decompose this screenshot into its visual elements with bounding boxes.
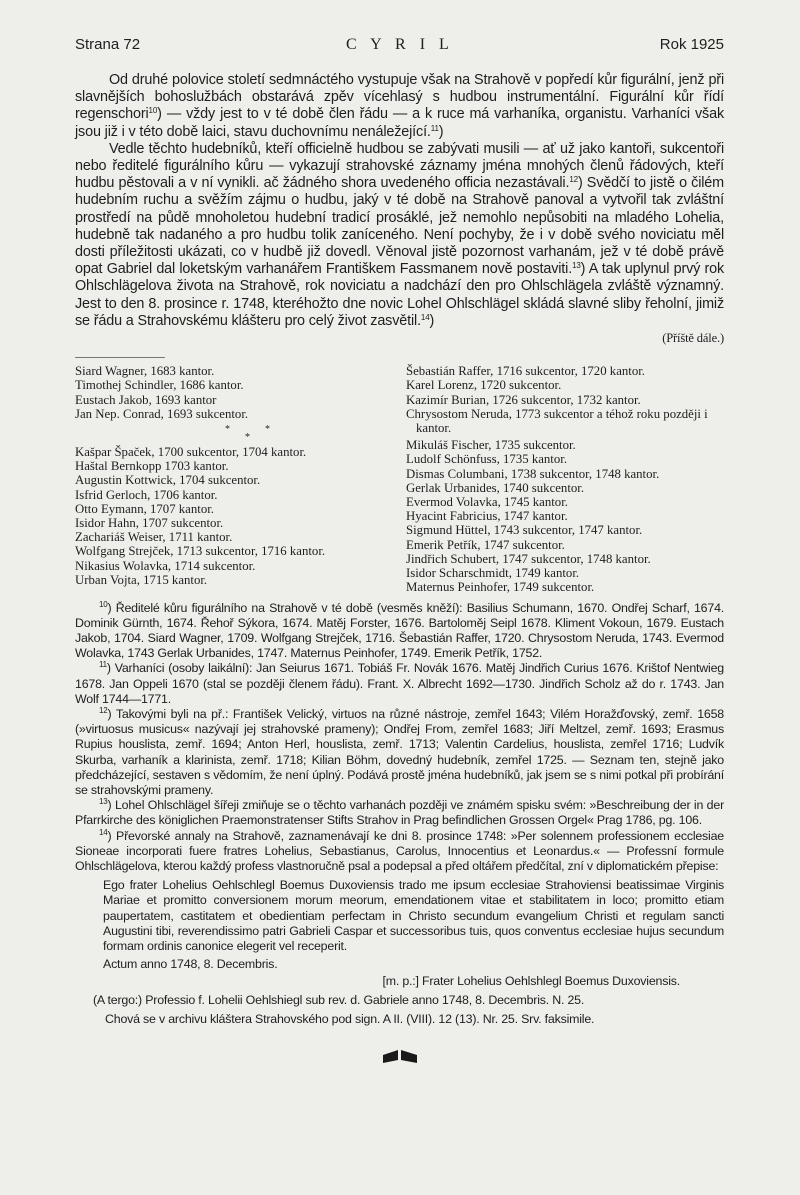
musician-lists: Siard Wagner, 1683 kantor.Timothej Schin… (75, 364, 724, 594)
list-item: Eustach Jakob, 1693 kantor (75, 393, 405, 407)
page-number: Strana 72 (75, 36, 140, 53)
list-item: Dismas Columbani, 1738 sukcentor, 1748 k… (406, 467, 724, 481)
page: Strana 72 C Y R I L Rok 1925 Od druhé po… (75, 36, 724, 1063)
list-item: Siard Wagner, 1683 kantor. (75, 364, 405, 378)
list-item: Wolfgang Strejček, 1713 sukcentor, 1716 … (75, 544, 405, 558)
footnotes: 10) Ředitelé kůru figurálního na Strahov… (75, 601, 724, 875)
article-body: Od druhé polovice století sedmnáctého vy… (75, 72, 724, 347)
footnote-ref[interactable]: 14 (421, 313, 430, 322)
list-item: Otto Eymann, 1707 kantor. (75, 502, 405, 516)
footnote: 13) Lohel Ohlschlägel šířeji zmiňuje se … (75, 798, 724, 828)
list-left: Siard Wagner, 1683 kantor.Timothej Schin… (75, 364, 405, 594)
footnote: 12) Takovými byli na př.: František Veli… (75, 707, 724, 798)
footnote: 11) Varhaníci (osoby laikální): Jan Seiu… (75, 661, 724, 707)
list-item: Isidor Scharschmidt, 1749 kantor. (406, 566, 724, 580)
footnote: 10) Ředitelé kůru figurálního na Strahov… (75, 601, 724, 662)
footnote: 14) Převorské annaly na Strahově, zaznam… (75, 829, 724, 875)
list-item: Isfrid Gerloch, 1706 kantor. (75, 488, 405, 502)
divider (75, 357, 165, 358)
list-right: Šebastián Raffer, 1716 sukcentor, 1720 k… (406, 364, 724, 594)
latin-text: Ego frater Lohelius Oehlschlegl Boemus D… (75, 878, 724, 954)
footnote-number: 11 (99, 660, 107, 669)
list-item: Haštal Bernkopp 1703 kantor. (75, 459, 405, 473)
list-item: Augustin Kottwick, 1704 sukcentor. (75, 473, 405, 487)
journal-title: C Y R I L (346, 36, 454, 54)
list-item: Karel Lorenz, 1720 sukcentor. (406, 378, 724, 392)
footnote-ref[interactable]: 12 (569, 175, 578, 184)
footnote-text: ) Varhaníci (osoby laikální): Jan Seiuru… (75, 661, 724, 705)
continued-note: (Příště dále.) (662, 330, 724, 347)
footnote-ref[interactable]: 10 (149, 106, 158, 115)
list-item: Chrysostom Neruda, 1773 sukcentor a tého… (406, 407, 724, 435)
end-of-article-ornament-icon (75, 1049, 724, 1063)
archive-line: Chová se v archivu kláštera Strahovského… (75, 1012, 724, 1027)
list-item: Gerlak Urbanides, 1740 sukcentor. (406, 481, 724, 495)
list-item: Mikuláš Fischer, 1735 sukcentor. (406, 438, 724, 452)
footnote-ref[interactable]: 11 (431, 124, 439, 133)
footnote-number: 12 (99, 706, 108, 715)
paragraph: Od druhé polovice století sedmnáctého vy… (75, 72, 724, 141)
actum-line: Actum anno 1748, 8. Decembris. (75, 957, 724, 972)
list-item: Urban Vojta, 1715 kantor. (75, 573, 405, 587)
footnote-text: ) Takovými byli na př.: František Velick… (75, 707, 724, 797)
list-item: Sigmund Hüttel, 1743 sukcentor, 1747 kan… (406, 523, 724, 537)
list-item: Šebastián Raffer, 1716 sukcentor, 1720 k… (406, 364, 724, 378)
list-item: Timothej Schindler, 1686 kantor. (75, 378, 405, 392)
list-item: Kašpar Špaček, 1700 sukcentor, 1704 kant… (75, 445, 405, 459)
paragraph: Vedle těchto hudebníků, kteří officielně… (75, 141, 724, 330)
tergo-line: (A tergo:) Professio f. Lohelii Oehlshie… (75, 993, 724, 1008)
footnote-number: 14 (99, 828, 108, 837)
footnote-number: 13 (99, 797, 108, 806)
list-item: Evermod Volavka, 1745 kantor. (406, 495, 724, 509)
list-item: Isidor Hahn, 1707 sukcentor. (75, 516, 405, 530)
footnote-ref[interactable]: 13 (572, 261, 581, 270)
running-header: Strana 72 C Y R I L Rok 1925 (75, 36, 724, 54)
list-item: Jan Nep. Conrad, 1693 sukcentor. (75, 407, 405, 421)
footnote-text: ) Ředitelé kůru figurálního na Strahově … (75, 601, 724, 661)
list-item: Maternus Peinhofer, 1749 sukcentor. (406, 580, 724, 594)
signature-line: [m. p.:] Frater Lohelius Oehlshlegl Boem… (75, 974, 724, 989)
list-item: Zachariáš Weiser, 1711 kantor. (75, 530, 405, 544)
list-item: Kazimír Burian, 1726 sukcentor, 1732 kan… (406, 393, 724, 407)
list-item: Nikasius Wolavka, 1714 sukcentor. (75, 559, 405, 573)
footnote-number: 10 (99, 600, 108, 609)
year-label: Rok 1925 (660, 36, 724, 53)
footnote-text: ) Lohel Ohlschlägel šířeji zmiňuje se o … (75, 798, 724, 827)
list-item: Emerik Petřík, 1747 sukcentor. (406, 538, 724, 552)
asterism-separator: *** (75, 421, 405, 445)
profession-formula: Ego frater Lohelius Oehlschlegl Boemus D… (75, 878, 724, 1027)
footnote-text: ) Převorské annaly na Strahově, zaznamen… (75, 829, 724, 873)
list-item: Jindřich Schubert, 1747 sukcentor, 1748 … (406, 552, 724, 566)
list-item: Hyacint Fabricius, 1747 kantor. (406, 509, 724, 523)
list-item: Ludolf Schönfuss, 1735 kantor. (406, 452, 724, 466)
